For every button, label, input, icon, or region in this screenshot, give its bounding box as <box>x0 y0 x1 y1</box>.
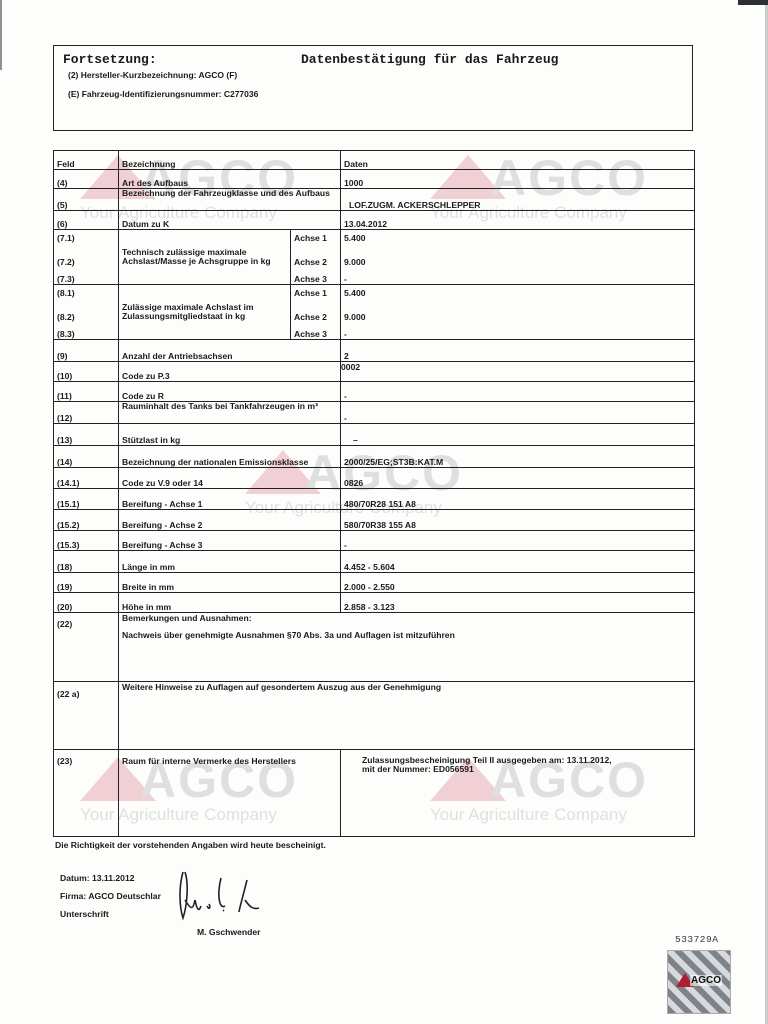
field-number: (13) <box>54 424 119 446</box>
field-number: (7.2) <box>54 250 119 267</box>
scan-edge <box>0 0 2 70</box>
field-number: (9) <box>54 340 119 362</box>
field-value: - <box>341 531 695 551</box>
field-label: Bereifung - Achse 3 <box>119 531 341 551</box>
remarks-cell: Bemerkungen und Ausnahmen: Nachweis über… <box>119 613 695 682</box>
certificate-number-line: mit der Nummer: ED056591 <box>362 765 709 774</box>
field-label: Bezeichnung der nationalen Emissionsklas… <box>119 446 341 468</box>
table-row: (15.3) Bereifung - Achse 3 - <box>54 531 695 551</box>
field-number: (19) <box>54 573 119 593</box>
field-value: 4.452 - 5.604 <box>341 551 695 573</box>
field-number: (15.3) <box>54 531 119 551</box>
field-number: (15.2) <box>54 510 119 531</box>
field-label: Stützlast in kg <box>119 424 341 446</box>
table-row: (12) Rauminhalt des Tanks bei Tankfahrze… <box>54 402 695 424</box>
remarks-text: Nachweis über genehmigte Ausnahmen §70 A… <box>122 630 691 640</box>
field-number: (22) <box>54 613 119 682</box>
field-number: (7.1) <box>54 230 119 251</box>
field-number: (14.1) <box>54 468 119 489</box>
field-label: Rauminhalt des Tanks bei Tankfahrzeugen … <box>119 402 341 424</box>
field-value: - <box>341 267 695 285</box>
axle-label: Achse 3 <box>291 322 341 340</box>
field-label: Code zu V.9 oder 14 <box>119 468 341 489</box>
header-box: Fortsetzung: Datenbestätigung für das Fa… <box>53 45 693 131</box>
remarks-a-text: Weitere Hinweise zu Auflagen auf gesonde… <box>119 682 695 750</box>
column-header-daten: Daten <box>341 151 695 170</box>
table-row: (20) Höhe in mm 2.858 - 3.123 <box>54 593 695 613</box>
table-row: (14.1) Code zu V.9 oder 14 0826 <box>54 468 695 489</box>
field-value: - <box>341 322 695 340</box>
field-number: (14) <box>54 446 119 468</box>
axle-label: Achse 1 <box>291 285 341 306</box>
table-row: (14) Bezeichnung der nationalen Emission… <box>54 446 695 468</box>
company-line: Firma: AGCO Deutschlar <box>60 891 161 901</box>
table-row: (8.1) Zulässige maximale Achslast im Zul… <box>54 285 695 306</box>
field-label: Bereifung - Achse 2 <box>119 510 341 531</box>
axle-label: Achse 3 <box>291 267 341 285</box>
security-hologram: AGCO <box>667 950 731 1014</box>
table-row: (6) Datum zu K 13.04.2012 <box>54 211 695 230</box>
vin-line: (E) Fahrzeug-Identifizierungsnummer: C27… <box>68 89 258 99</box>
field-number: (10) <box>54 362 119 382</box>
field-value: – <box>341 424 695 446</box>
field-label: Art des Aufbaus <box>119 170 341 189</box>
field-value: - <box>341 402 695 424</box>
table-row: (7.1) Technisch zulässige maximale Achsl… <box>54 230 695 251</box>
field-number: (22 a) <box>54 682 119 750</box>
field-label: Datum zu K <box>119 211 341 230</box>
certification-statement: Die Richtigkeit der vorstehenden Angaben… <box>55 840 326 850</box>
registration-certificate-cell: Zulassungsbescheinigung Teil II ausgegeb… <box>341 750 695 837</box>
field-value: 9.000 <box>341 250 695 267</box>
field-value: 0826 <box>341 468 695 489</box>
table-row: (10) Code zu P.3 0002 <box>54 362 695 382</box>
manufacturer-line: (2) Hersteller-Kurzbezeichnung: AGCO (F) <box>68 70 237 80</box>
table-row: (18) Länge in mm 4.452 - 5.604 <box>54 551 695 573</box>
field-number: (12) <box>54 402 119 424</box>
field-label: Anzahl der Antriebsachsen <box>119 340 341 362</box>
field-value: 2 <box>341 340 695 362</box>
scan-corner <box>738 0 768 5</box>
field-number: (5) <box>54 189 119 211</box>
date-line: Datum: 13.11.2012 <box>60 873 135 883</box>
signature-label: Unterschrift <box>60 909 109 919</box>
field-value: 9.000 <box>341 305 695 322</box>
field-number: (23) <box>54 750 119 837</box>
internal-notes-label: Raum für interne Vermerke des Hersteller… <box>119 750 341 837</box>
field-value: 2.000 - 2.550 <box>341 573 695 593</box>
table-row: (4) Art des Aufbaus 1000 <box>54 170 695 189</box>
field-label: Code zu P.3 <box>119 362 341 382</box>
table-row: (19) Breite in mm 2.000 - 2.550 <box>54 573 695 593</box>
field-value: 5.400 <box>341 285 695 306</box>
field-label: Zulässige maximale Achslast im Zulassung… <box>119 285 291 340</box>
field-label: Länge in mm <box>119 551 341 573</box>
continued-label: Fortsetzung: <box>63 52 157 67</box>
field-number: (8.1) <box>54 285 119 306</box>
field-value: 2000/25/EG;ST3B:KAT.M <box>341 446 695 468</box>
page-title: Datenbestätigung für das Fahrzeug <box>301 52 558 67</box>
field-number: (20) <box>54 593 119 613</box>
table-row: (13) Stützlast in kg – <box>54 424 695 446</box>
signer-name: M. Gschwender <box>197 927 261 937</box>
table-row: (15.2) Bereifung - Achse 2 580/70R38 155… <box>54 510 695 531</box>
axle-label: Achse 1 <box>291 230 341 251</box>
handwritten-signature-icon <box>177 866 277 926</box>
field-label: Breite in mm <box>119 573 341 593</box>
document-number: 533729A <box>675 934 718 945</box>
field-value: 13.04.2012 <box>341 211 695 230</box>
field-label: Höhe in mm <box>119 593 341 613</box>
vehicle-data-table: Feld Bezeichnung Daten (4) Art des Aufba… <box>53 150 695 837</box>
field-number: (4) <box>54 170 119 189</box>
field-value: 2.858 - 3.123 <box>341 593 695 613</box>
field-number: (15.1) <box>54 489 119 510</box>
field-number: (11) <box>54 382 119 402</box>
field-number: (8.3) <box>54 322 119 340</box>
remarks-a-row: (22 a) Weitere Hinweise zu Auflagen auf … <box>54 682 695 750</box>
table-row: (15.1) Bereifung - Achse 1 480/70R28 151… <box>54 489 695 510</box>
remarks-title: Bemerkungen und Ausnahmen: <box>122 613 691 623</box>
internal-notes-row: (23) Raum für interne Vermerke des Herst… <box>54 750 695 837</box>
table-row: (5) Bezeichnung der Fahrzeugklasse und d… <box>54 189 695 211</box>
axle-label: Achse 2 <box>291 250 341 267</box>
remarks-row: (22) Bemerkungen und Ausnahmen: Nachweis… <box>54 613 695 682</box>
axle-label: Achse 2 <box>291 305 341 322</box>
table-header-row: Feld Bezeichnung Daten <box>54 151 695 170</box>
field-number: (8.2) <box>54 305 119 322</box>
field-label: Technisch zulässige maximale Achslast/Ma… <box>119 230 291 285</box>
column-header-bezeichnung: Bezeichnung <box>119 151 341 170</box>
table-row: (9) Anzahl der Antriebsachsen 2 <box>54 340 695 362</box>
field-value: 1000 <box>341 170 695 189</box>
field-label: Code zu R <box>119 382 341 402</box>
column-header-feld: Feld <box>54 151 119 170</box>
field-value: 5.400 <box>341 230 695 251</box>
field-value: - <box>341 382 695 402</box>
field-number: (6) <box>54 211 119 230</box>
table-row: (11) Code zu R - <box>54 382 695 402</box>
field-label: Bezeichnung der Fahrzeugklasse und des A… <box>119 189 341 211</box>
field-number: (18) <box>54 551 119 573</box>
field-label: Bereifung - Achse 1 <box>119 489 341 510</box>
field-value: 580/70R38 155 A8 <box>341 510 695 531</box>
field-value: 480/70R28 151 A8 <box>341 489 695 510</box>
hologram-label: AGCO <box>690 975 722 986</box>
field-value: LOF.ZUGM. ACKERSCHLEPPER <box>341 189 695 211</box>
field-value: 0002 <box>341 362 695 382</box>
field-number: (7.3) <box>54 267 119 285</box>
